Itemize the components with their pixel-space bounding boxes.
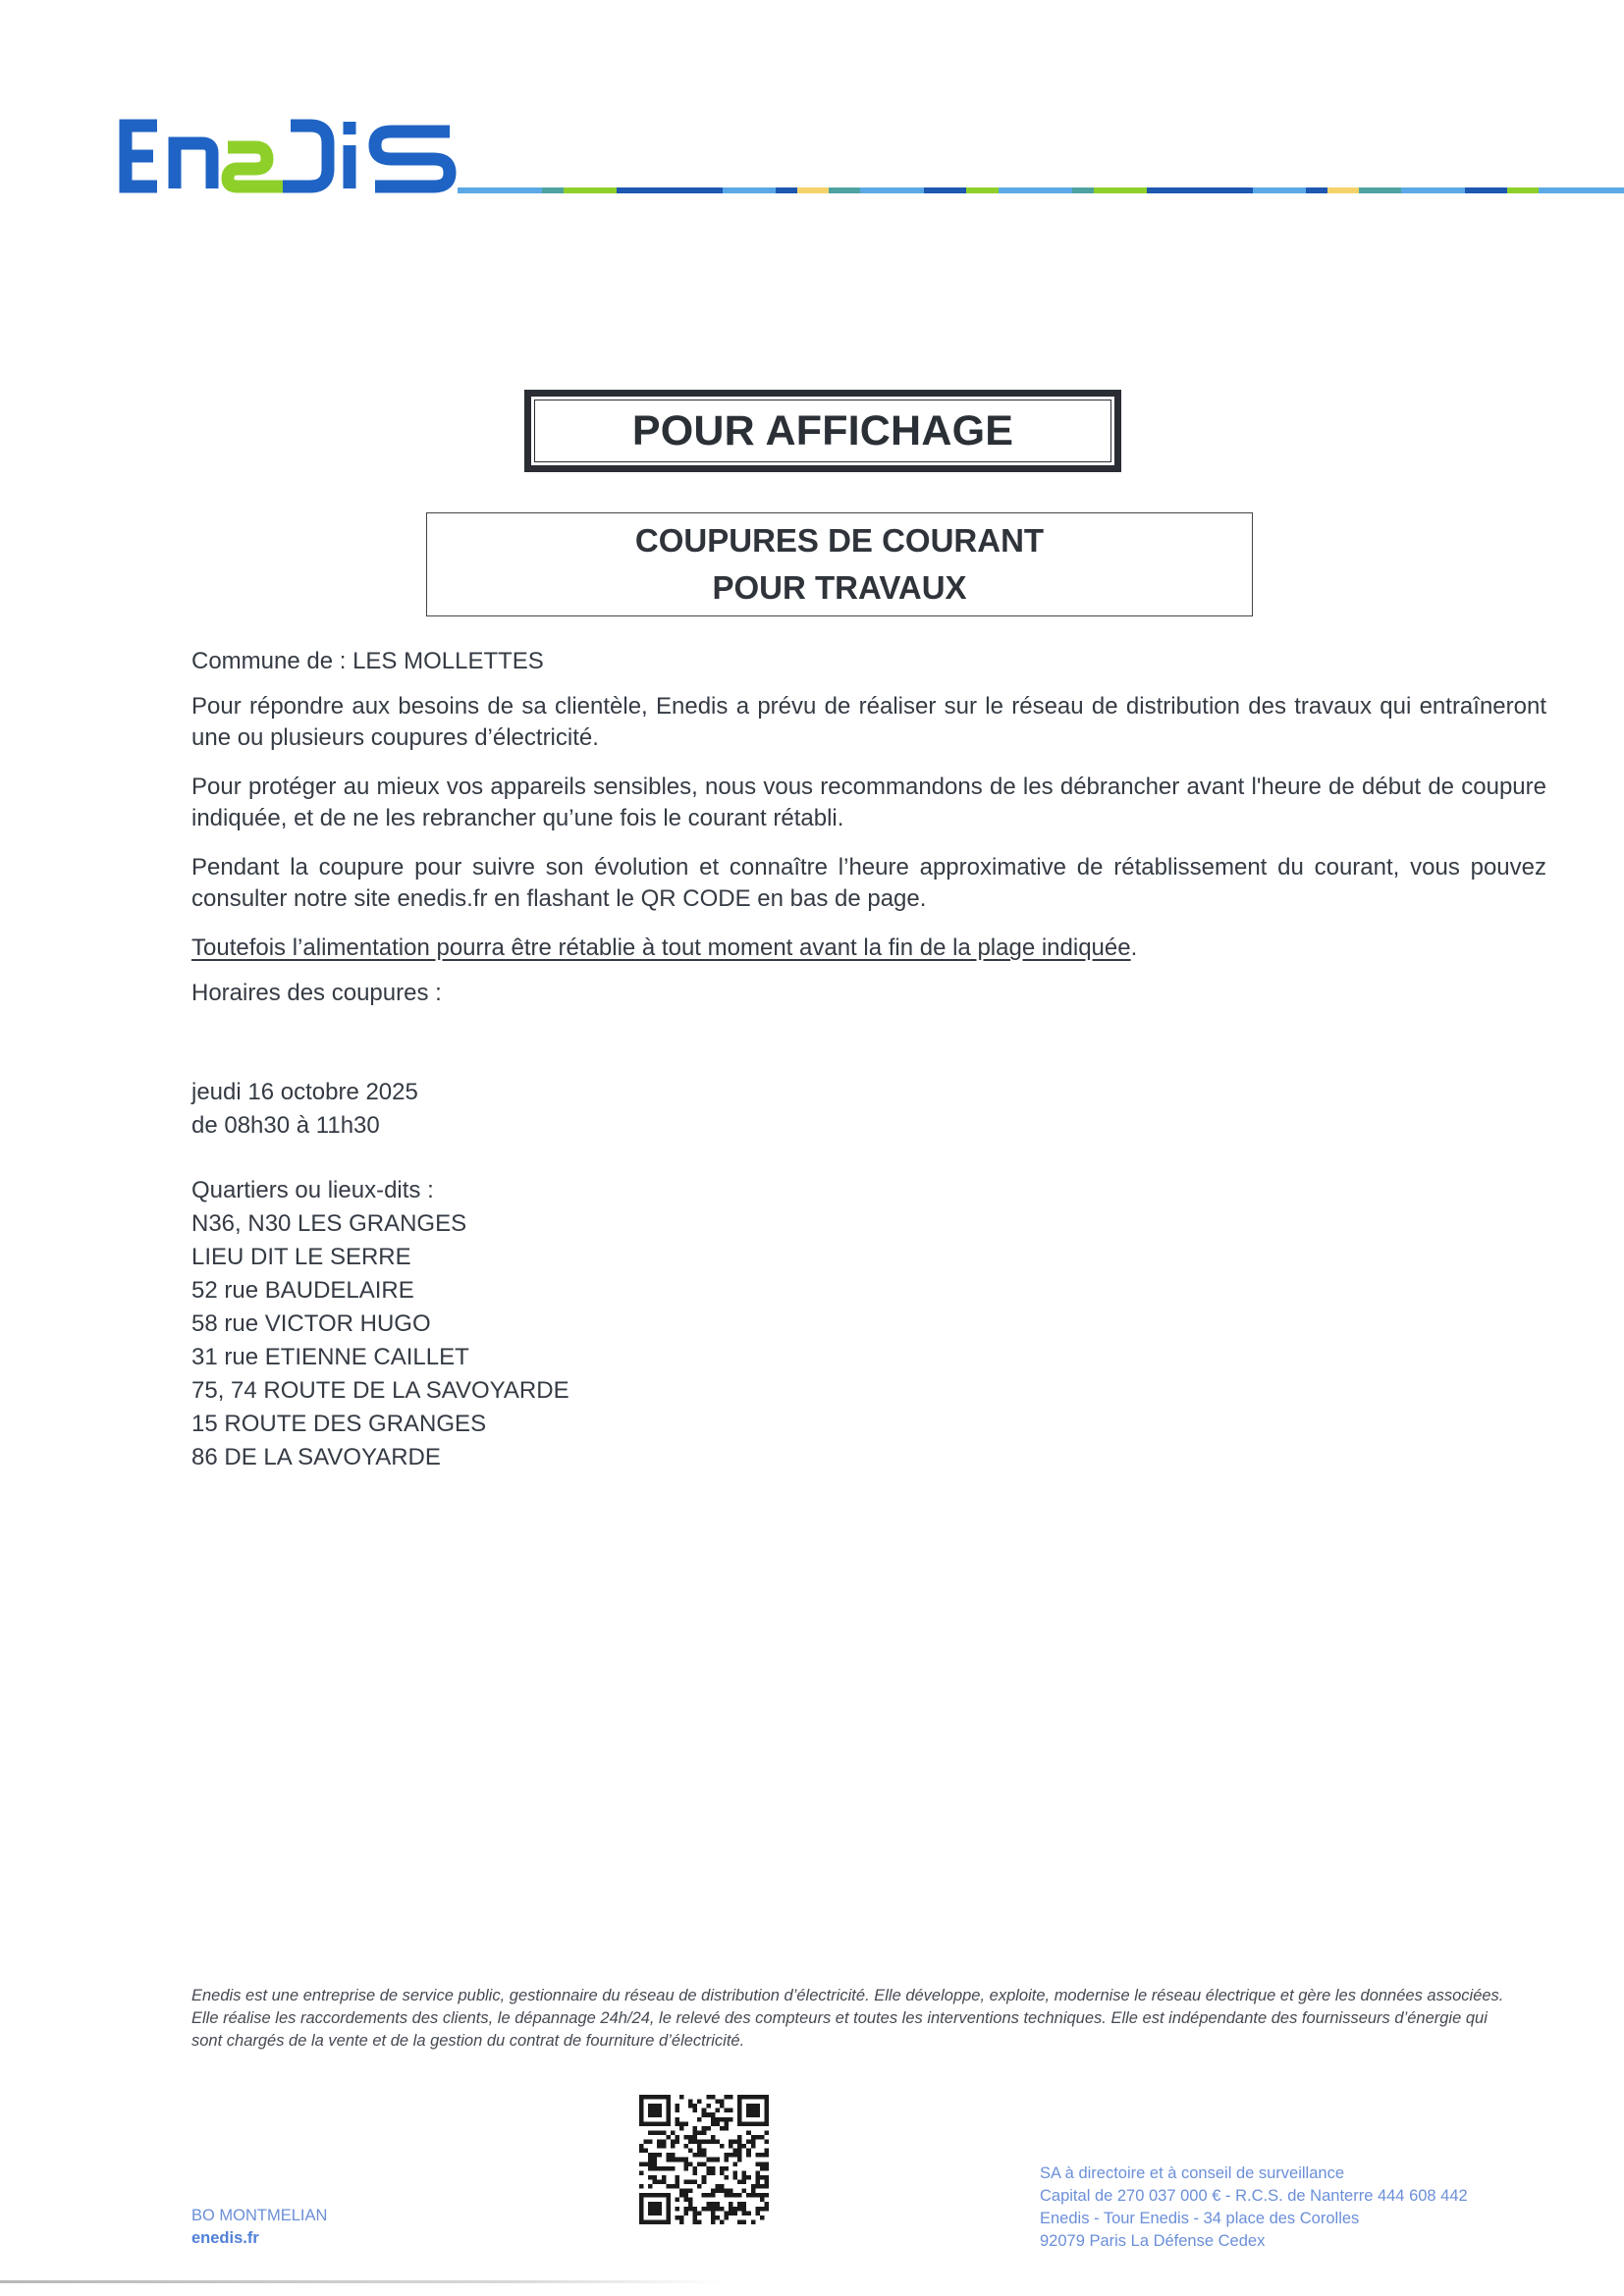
enedis-logo <box>118 116 457 196</box>
company-line: Enedis - Tour Enedis - 34 place des Coro… <box>1040 2208 1468 2230</box>
notice-title: POUR AFFICHAGE <box>632 407 1013 455</box>
paragraph-works: Pour répondre aux besoins de sa clientèl… <box>191 691 1546 754</box>
commune: Commune de : LES MOLLETTES <box>191 646 1546 677</box>
paragraph-appliances: Pour protéger au mieux vos appareils sen… <box>191 772 1546 834</box>
notice-subtitle-line-2: POUR TRAVAUX <box>712 564 966 612</box>
notice-subtitle-line-1: COUPURES DE COURANT <box>635 517 1044 564</box>
paragraph-qr-info: Pendant la coupure pour suivre son évolu… <box>191 852 1546 915</box>
place-item: 31 rue ETIENNE CAILLET <box>191 1341 1546 1374</box>
place-item: 75, 74 ROUTE DE LA SAVOYARDE <box>191 1374 1546 1408</box>
warning-line: Toutefois l’alimentation pourra être rét… <box>191 933 1546 964</box>
place-item: 52 rue BAUDELAIRE <box>191 1274 1546 1308</box>
qr-code-icon[interactable] <box>639 2095 769 2224</box>
company-info: SA à directoire et à conseil de surveill… <box>1040 2163 1468 2253</box>
company-line: SA à directoire et à conseil de surveill… <box>1040 2163 1468 2185</box>
schedule: jeudi 16 octobre 2025 de 08h30 à 11h30 <box>191 1076 1546 1143</box>
warning-text: Toutefois l’alimentation pourra être rét… <box>191 934 1131 961</box>
place-item: 15 ROUTE DES GRANGES <box>191 1408 1546 1441</box>
warning-period: . <box>1131 934 1138 961</box>
company-line: 92079 Paris La Défense Cedex <box>1040 2230 1468 2253</box>
legal-notice: Enedis est une entreprise de service pub… <box>191 1985 1507 2053</box>
notice-body: Commune de : LES MOLLETTES Pour répondre… <box>191 646 1546 1474</box>
schedule-date: jeudi 16 octobre 2025 <box>191 1076 1546 1109</box>
notice-title-box: POUR AFFICHAGE <box>524 390 1121 472</box>
place-item: 86 DE LA SAVOYARDE <box>191 1441 1546 1474</box>
office-name: BO MONTMELIAN <box>191 2205 327 2227</box>
schedule-label: Horaires des coupures : <box>191 978 1546 1009</box>
notice-subtitle-box: COUPURES DE COURANT POUR TRAVAUX <box>426 512 1253 616</box>
places-list: Quartiers ou lieux-dits : N36, N30 LES G… <box>191 1174 1546 1474</box>
footer-office: BO MONTMELIAN enedis.fr <box>191 2205 327 2250</box>
place-item: 58 rue VICTOR HUGO <box>191 1308 1546 1341</box>
place-item: N36, N30 LES GRANGES <box>191 1207 1546 1241</box>
scan-edge-shadow <box>0 2280 727 2283</box>
place-item: LIEU DIT LE SERRE <box>191 1241 1546 1274</box>
company-line: Capital de 270 037 000 € - R.C.S. de Nan… <box>1040 2185 1468 2208</box>
schedule-time: de 08h30 à 11h30 <box>191 1109 1546 1143</box>
places-label: Quartiers ou lieux-dits : <box>191 1174 1546 1207</box>
brand-rule <box>458 187 1624 193</box>
website-link[interactable]: enedis.fr <box>191 2227 327 2250</box>
